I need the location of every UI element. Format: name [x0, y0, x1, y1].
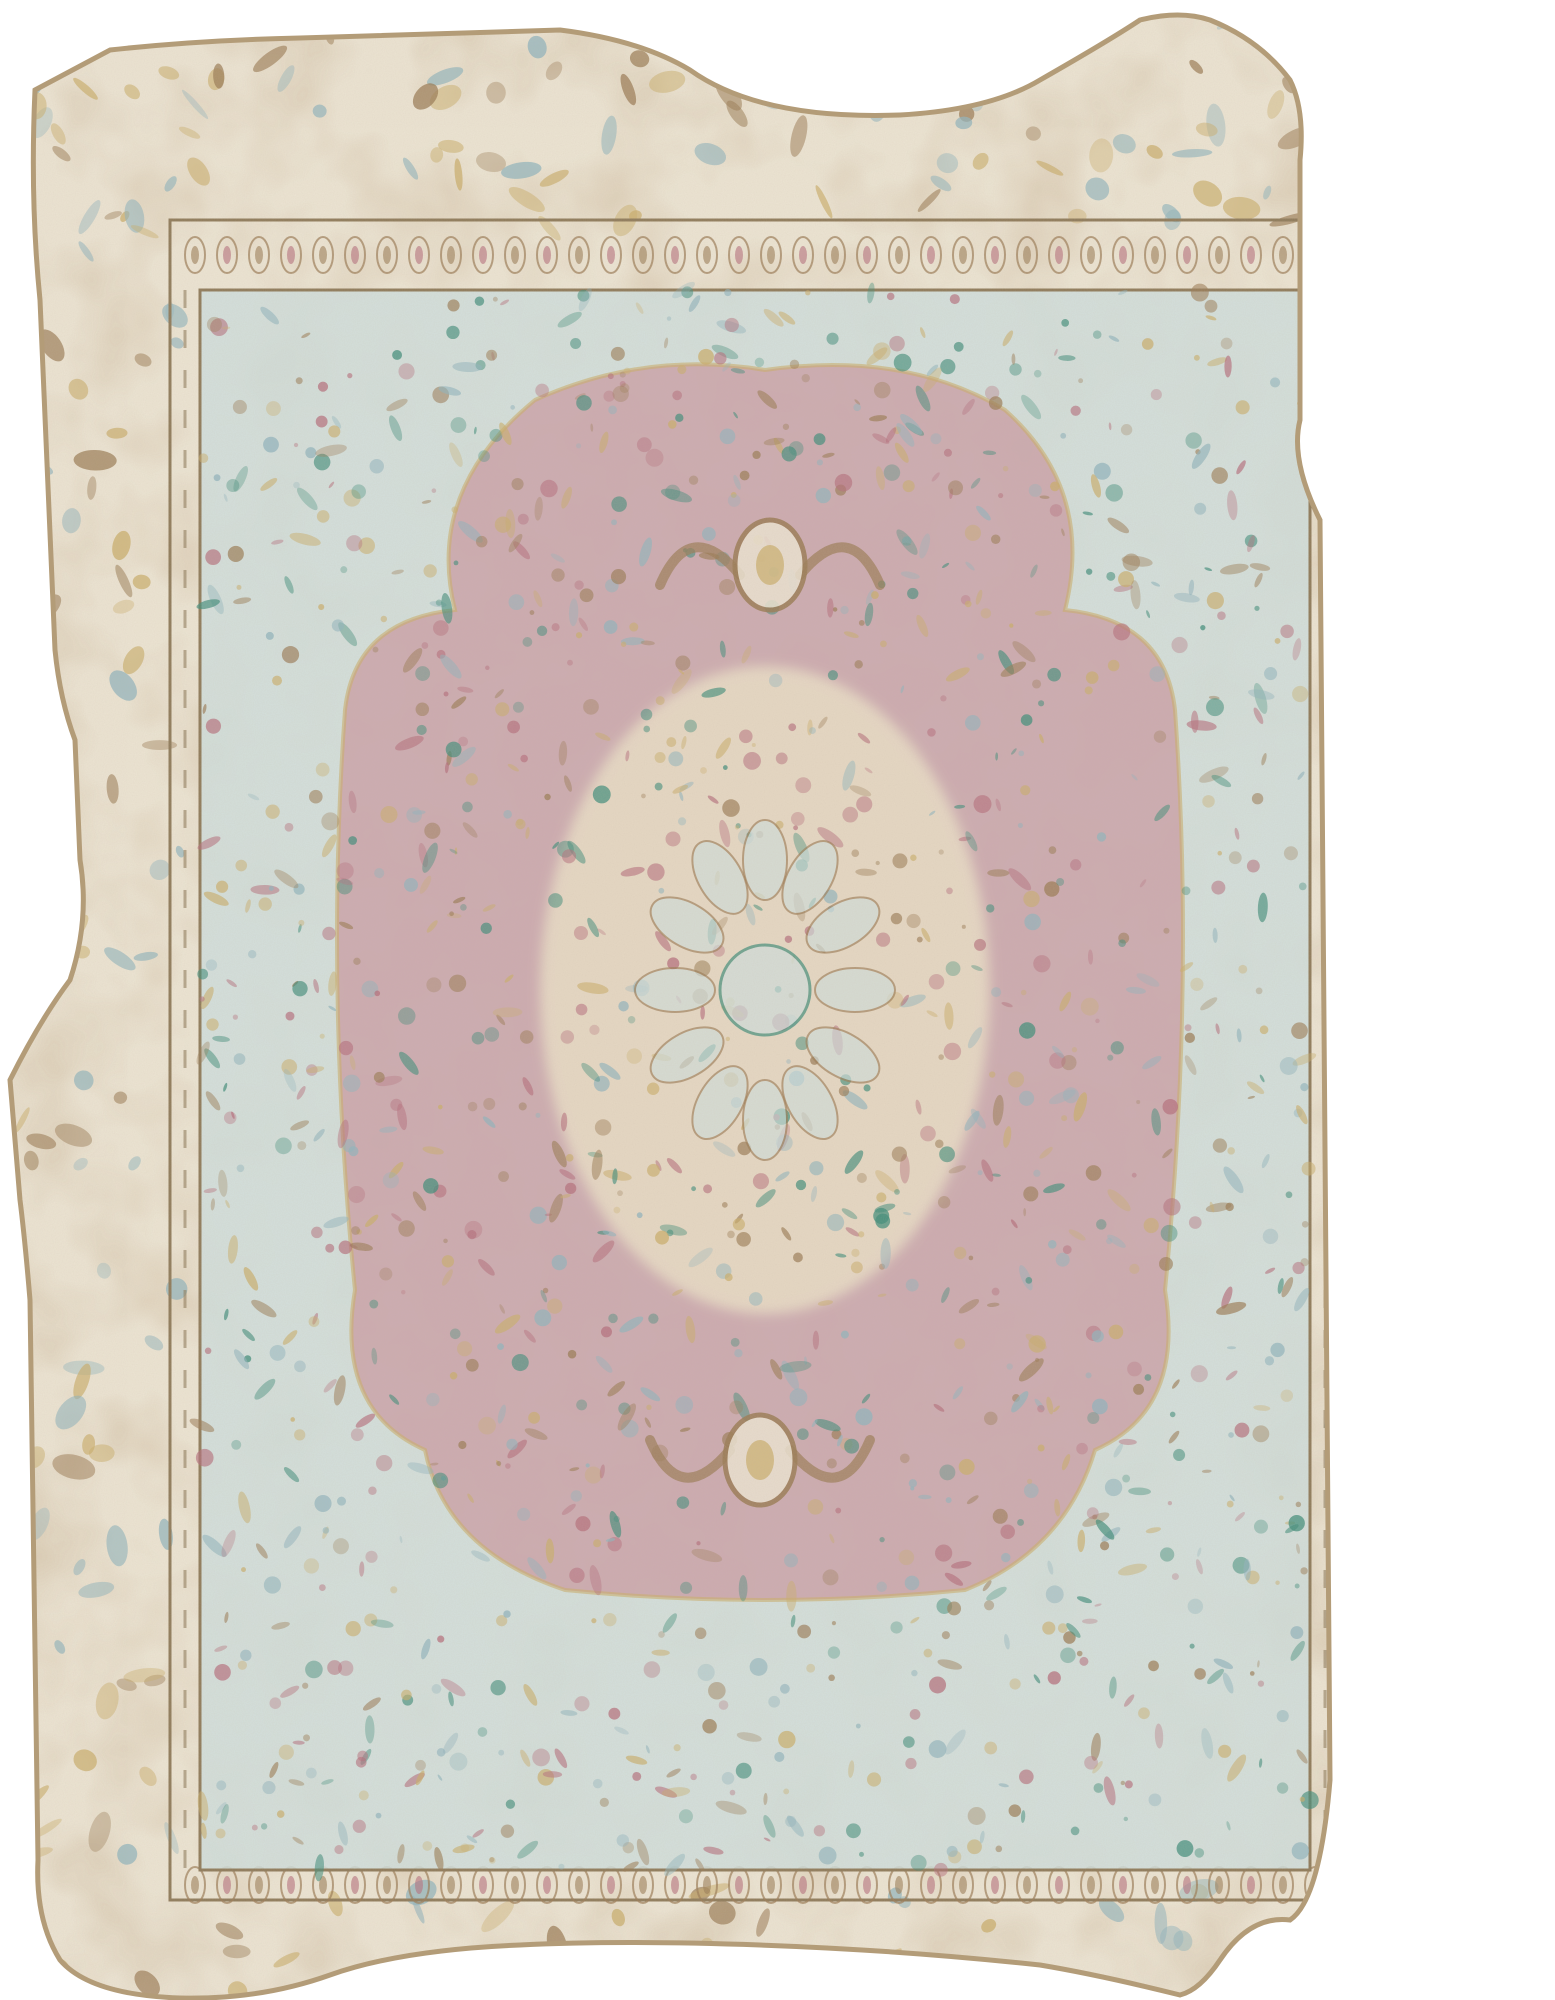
- rug-illustration: [0, 0, 1555, 2000]
- rug-photo: [0, 0, 1555, 2000]
